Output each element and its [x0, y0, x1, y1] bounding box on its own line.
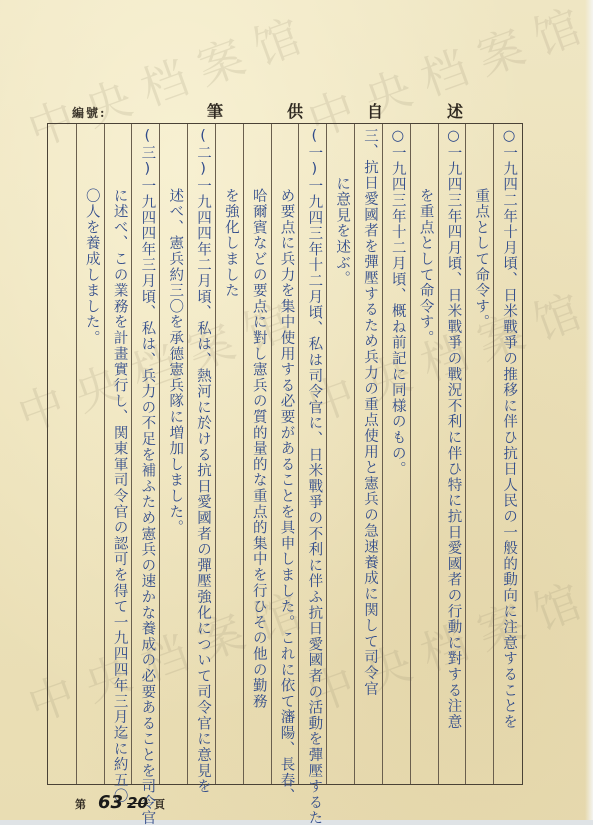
handwritten-line: 述べ、憲兵約三〇を承德憲兵隊に増加しました。: [168, 188, 183, 536]
handwritten-line: 三、抗日愛國者を彈壓するため兵力の重点使用と憲兵の急速養成に関して司令官: [362, 128, 377, 697]
column-rule: [410, 124, 411, 784]
column-rule: [104, 124, 105, 784]
column-rule: [159, 124, 160, 784]
handwritten-line: を強化しました: [223, 188, 238, 299]
column-rule: [493, 124, 494, 784]
handwritten-line: ○一九四三年四月頃、日米戰爭の戰況不利に伴ひ特に抗日愛國者の行動に對する注意: [446, 128, 461, 730]
column-rule: [354, 124, 355, 784]
handwritten-line: (三)一九四四年三月頃、私は、兵力の不足を補ふため憲兵の速かな養成の必要あること…: [140, 128, 155, 825]
column-rule: [465, 124, 466, 784]
column-rule: [131, 124, 132, 784]
scan-edge: [585, 0, 593, 825]
column-rule: [215, 124, 216, 784]
handwritten-line: ○一九四三年十二月頃、概ね前記に同様のもの。: [390, 128, 405, 477]
form-number-label: 編號:: [72, 104, 106, 121]
column-rule: [298, 124, 299, 784]
column-rule: [382, 124, 383, 784]
scan-edge-bottom: [0, 820, 593, 825]
column-rule: [326, 124, 327, 784]
page-footer: 第 63 20 頁: [75, 792, 165, 813]
title-char: 述: [445, 99, 465, 122]
form-title: 筆 供 自 述: [205, 99, 465, 122]
column-rule: [438, 124, 439, 784]
handwritten-line: に意見を述ぶ。: [335, 176, 350, 287]
handwritten-line: (一)一九四三年十二月頃、私は司令官に、日米戰爭の不利に伴ふ抗日愛國者の活動を彈…: [307, 128, 322, 825]
handwritten-line: 〇人を養成しました。: [84, 188, 99, 346]
title-char: 自: [365, 99, 385, 122]
title-char: 供: [285, 99, 305, 122]
handwritten-line: め要点に兵力を集中使用する必要があることを具申しました。これに依て瀋陽、長春、: [279, 188, 294, 804]
handwritten-line: (二)一九四四年二月頃、私は、熱河に於ける抗日愛國者の彈壓強化について司令官に意…: [196, 128, 211, 795]
page-number-struck: 20: [127, 794, 148, 812]
handwritten-line: を重点として命令す。: [418, 188, 433, 346]
page-suffix: 頁: [154, 796, 165, 812]
page-number: 63: [98, 792, 123, 813]
handwritten-line: 哈爾賓などの要点に對し憲兵の質的量的な重点的集中を行ひその他の勤務: [251, 188, 266, 709]
column-rule: [271, 124, 272, 784]
column-rule: [243, 124, 244, 784]
column-rule: [187, 124, 188, 784]
title-char: 筆: [205, 99, 225, 122]
manuscript-grid: ○一九四二年十月頃、日米戰爭の推移に伴ひ抗日人民の一般的動向に注意することを重点…: [47, 123, 523, 785]
page-prefix: 第: [75, 796, 86, 812]
column-rule: [76, 124, 77, 784]
handwritten-line: に述べ、この業務を計畫實行し、関東軍司令官の認可を得て一九四四年三月迄に約五〇: [112, 188, 127, 804]
handwritten-line: ○一九四二年十月頃、日米戰爭の推移に伴ひ抗日人民の一般的動向に注意することを: [502, 128, 517, 730]
handwritten-line: 重点として命令す。: [474, 188, 489, 330]
